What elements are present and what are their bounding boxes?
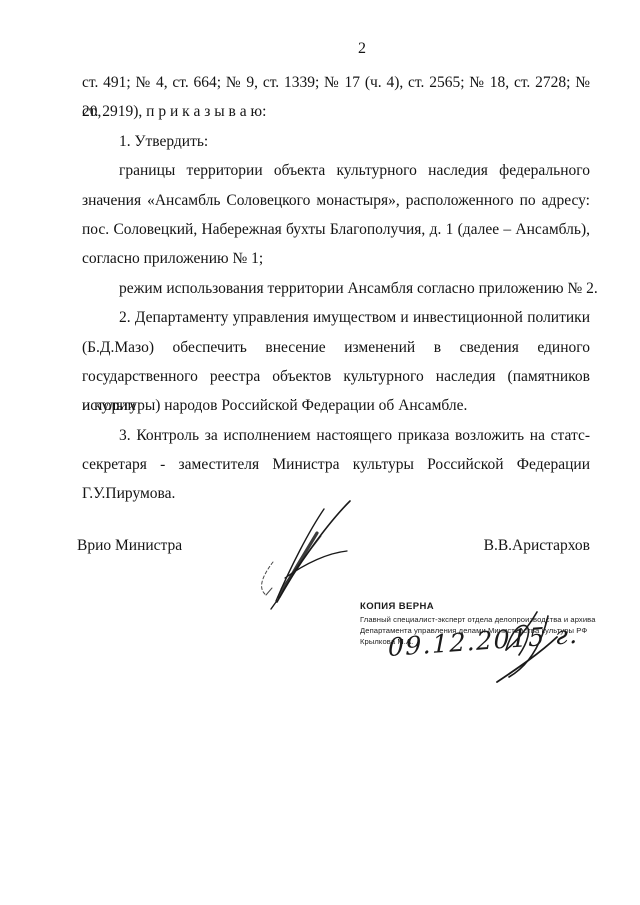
body-line: 1. Утвердить: [82,127,590,156]
body-line: секретаря - заместителя Министра культур… [82,450,590,479]
body-line: 2. Департаменту управления имуществом и … [82,303,590,332]
body-line: пос. Соловецкий, Набережная бухты Благоп… [82,215,590,244]
body-line: границы территории объекта культурного н… [82,156,590,185]
body-line: (Б.Д.Мазо) обеспечить внесение изменений… [82,333,590,362]
body-line: значения «Ансамбль Соловецкого монастыря… [82,186,590,215]
stamp-title: КОПИЯ ВЕРНА [360,601,605,612]
body-line: ст. 491; № 4, ст. 664; № 9, ст. 1339; № … [82,68,590,97]
body-line: 3. Контроль за исполнением настоящего пр… [82,421,590,450]
signature-row: Врио Министра В.В.Аристархов [77,536,590,556]
body-line: согласно приложению № 1; [82,244,590,273]
body-line: государственного реестра объектов культу… [82,362,590,391]
signer-name: В.В.Аристархов [484,536,590,556]
signer-title: Врио Министра [77,536,182,556]
body-line: режим использования территории Ансамбля … [82,274,590,303]
page-number: 2 [82,40,616,58]
body-line: ст. 2919), п р и к а з ы в а ю: [82,97,590,126]
document-page: 2 ст. 491; № 4, ст. 664; № 9, ст. 1339; … [0,0,640,905]
document-body: ст. 491; № 4, ст. 664; № 9, ст. 1339; № … [82,68,590,509]
body-line: Г.У.Пирумова. [82,479,590,508]
body-line: и культуры) народов Российской Федерации… [82,391,590,420]
